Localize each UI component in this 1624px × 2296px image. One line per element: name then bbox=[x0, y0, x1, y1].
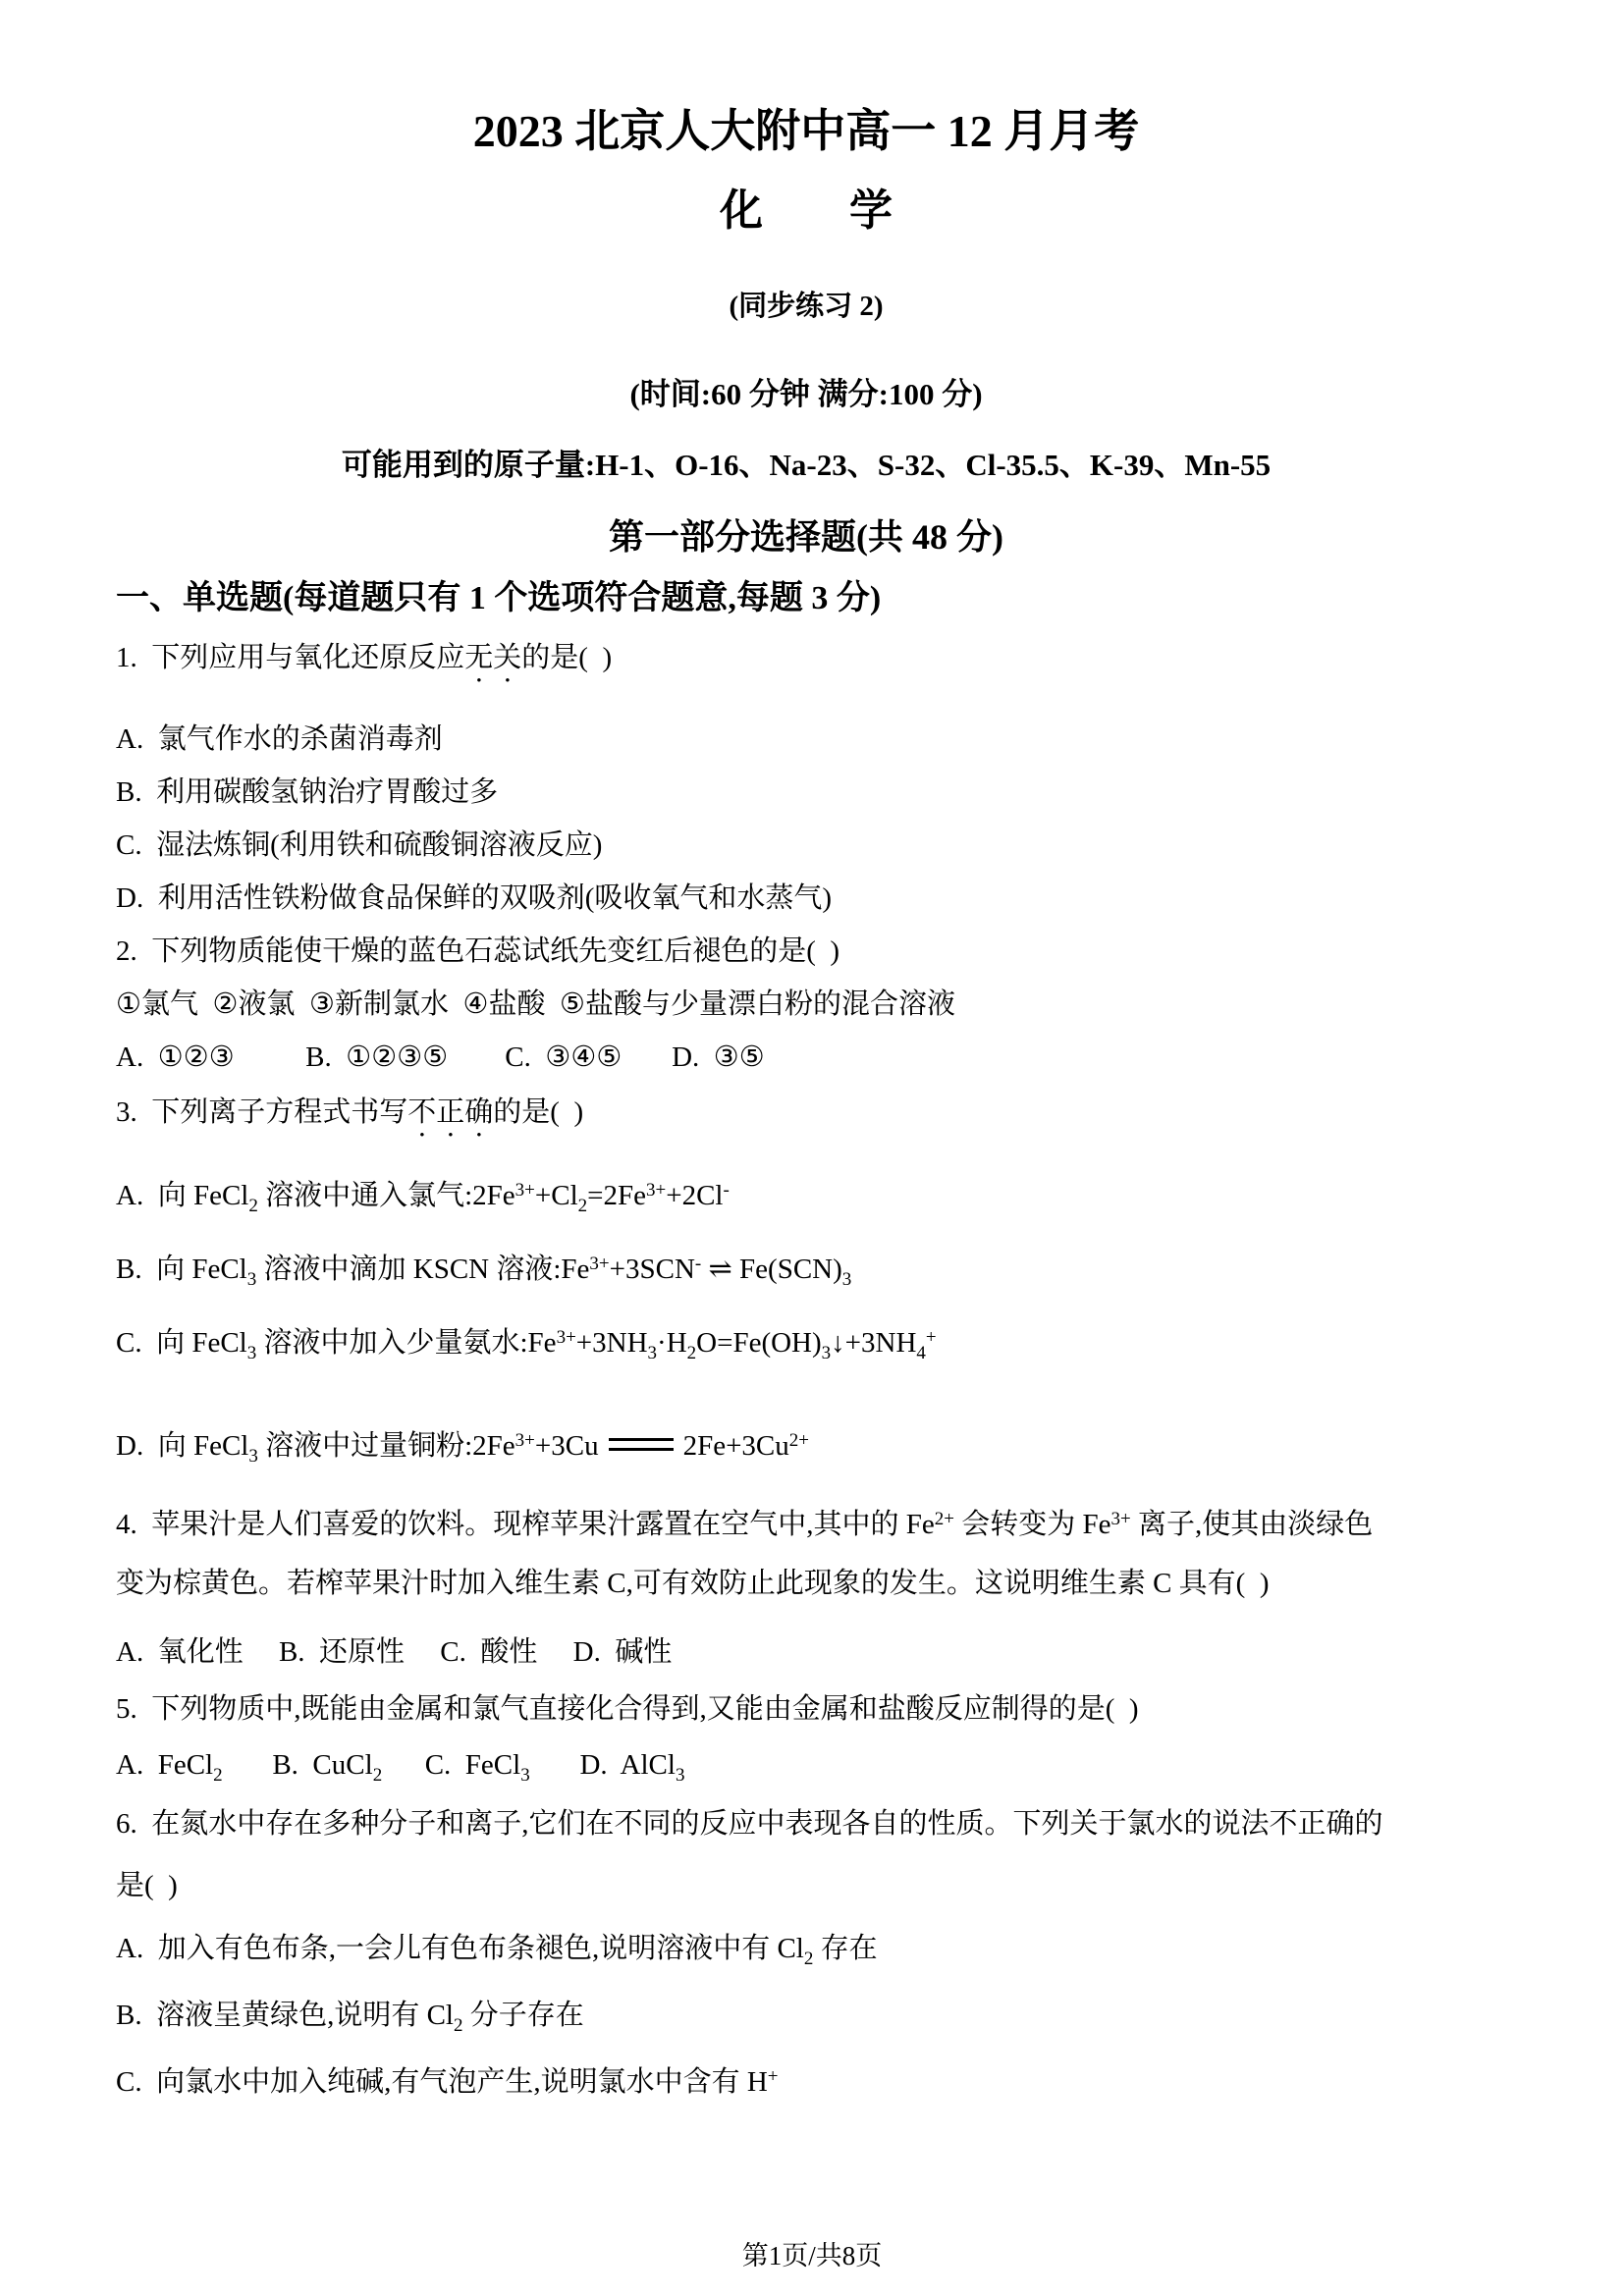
text-segment: C. FeCl bbox=[382, 1749, 520, 1781]
superscript: 3+ bbox=[1111, 1509, 1131, 1529]
subscript: 2 bbox=[454, 2015, 463, 2036]
subscript: 3 bbox=[676, 1765, 685, 1786]
question-6-option-c: C. 向氯水中加入纯碱,有气泡产生,说明氯水中含有 H+ bbox=[116, 2060, 1496, 2104]
text-segment: A. ①②③ B. ①②③⑤ C. ③④⑤ D. ③⑤ bbox=[116, 1041, 765, 1073]
question-2-items: ①氯气 ②液氯 ③新制氯水 ④盐酸 ⑤盐酸与少量漂白粉的混合溶液 bbox=[116, 983, 1496, 1026]
question-2-options: A. ①②③ B. ①②③⑤ C. ③④⑤ D. ③⑤ bbox=[116, 1036, 1496, 1079]
question-6-option-a: A. 加入有色布条,一会儿有色布条褪色,说明溶液中有 Cl2 存在 bbox=[116, 1927, 1496, 1970]
text-segment: +3SCN bbox=[610, 1254, 695, 1285]
subscript: 3 bbox=[842, 1269, 852, 1290]
question-4-line-1: 4. 苹果汁是人们喜爱的饮料。现榨苹果汁露置在空气中,其中的 Fe2+ 会转变为… bbox=[116, 1503, 1496, 1546]
text-segment: C. 湿法炼铜(利用铁和硫酸铜溶液反应) bbox=[116, 829, 602, 861]
text-segment: C. 向 FeCl bbox=[116, 1327, 247, 1359]
text-segment: ↓+3NH bbox=[831, 1327, 916, 1359]
subsection-heading: 一、单选题(每道题只有 1 个选项符合题意,每题 3 分) bbox=[116, 579, 1496, 618]
atomic-mass-line: 可能用到的原子量:H-1、O-16、Na-23、S-32、Cl-35.5、K-3… bbox=[116, 448, 1496, 483]
double-line-equals-icon bbox=[609, 1438, 674, 1451]
subscript: 2 bbox=[248, 1196, 258, 1216]
superscript: 2+ bbox=[789, 1430, 809, 1451]
text-segment: ⇌ Fe(SCN) bbox=[701, 1254, 842, 1285]
page-title: 2023 北京人大附中高一 12 月月考 bbox=[116, 106, 1496, 157]
text-segment: O=Fe(OH) bbox=[696, 1327, 822, 1359]
text-segment: 的是( ) bbox=[521, 642, 612, 673]
text-segment: +Cl bbox=[535, 1180, 578, 1211]
emphasized-text: 无关 bbox=[464, 642, 521, 673]
subscript: 2 bbox=[578, 1196, 588, 1216]
text-segment: B. 向 FeCl bbox=[116, 1254, 247, 1285]
question-1-option-d: D. 利用活性铁粉做食品保鲜的双吸剂(吸收氧气和水蒸气) bbox=[116, 877, 1496, 920]
subscript: 2 bbox=[213, 1765, 223, 1786]
atomic-mass-values: H-1、O-16、Na-23、S-32、Cl-35.5、K-39、Mn-55 bbox=[595, 448, 1271, 482]
text-segment: 变为棕黄色。若榨苹果汁时加入维生素 C,可有效防止此现象的发生。这说明维生素 C… bbox=[116, 1568, 1270, 1599]
superscript: 3+ bbox=[557, 1327, 576, 1348]
superscript: + bbox=[768, 2066, 779, 2087]
text-segment: B. 利用碳酸氢钠治疗胃酸过多 bbox=[116, 776, 498, 808]
text-segment: 6. 在氮水中存在多种分子和离子,它们在不同的反应中表现各自的性质。下列关于氯水… bbox=[116, 1808, 1383, 1840]
text-segment: D. 向 FeCl bbox=[116, 1430, 248, 1462]
text-segment: 的是( ) bbox=[493, 1096, 583, 1128]
question-1: 1. 下列应用与氧化还原反应无关的是( ) bbox=[116, 636, 1496, 689]
text-segment: 3. 下列离子方程式书写 bbox=[116, 1096, 407, 1128]
question-1-option-a: A. 氯气作水的杀菌消毒剂 bbox=[116, 718, 1496, 761]
page-footer: 第1页/共8页 bbox=[0, 2240, 1624, 2271]
text-segment: +3Cu bbox=[535, 1430, 599, 1462]
text-segment: 5. 下列物质中,既能由金属和氯气直接化合得到,又能由金属和盐酸反应制得的是( … bbox=[116, 1693, 1139, 1725]
text-segment: 离子,使其由淡绿色 bbox=[1131, 1509, 1374, 1540]
text-segment: A. FeCl bbox=[116, 1749, 213, 1781]
practice-note: (同步练习 2) bbox=[116, 290, 1496, 323]
question-1-option-b: B. 利用碳酸氢钠治疗胃酸过多 bbox=[116, 771, 1496, 814]
question-2: 2. 下列物质能使干燥的蓝色石蕊试纸先变红后褪色的是( ) bbox=[116, 930, 1496, 973]
subscript: 2 bbox=[373, 1765, 383, 1786]
emphasized-text: 不正确 bbox=[407, 1096, 493, 1128]
superscript: 3+ bbox=[589, 1254, 609, 1274]
question-3-option-c: C. 向 FeCl3 溶液中加入少量氨水:Fe3++3NH3·H2O=Fe(OH… bbox=[116, 1321, 1496, 1364]
superscript: + bbox=[926, 1327, 937, 1348]
subscript: 3 bbox=[822, 1343, 832, 1363]
text-segment: 存在 bbox=[813, 1933, 877, 1964]
subscript: 2 bbox=[687, 1343, 697, 1363]
question-4-options: A. 氧化性 B. 还原性 C. 酸性 D. 碱性 bbox=[116, 1630, 1496, 1674]
superscript: 3+ bbox=[515, 1180, 535, 1201]
text-segment: B. CuCl bbox=[223, 1749, 373, 1781]
text-segment: C. 向氯水中加入纯碱,有气泡产生,说明氯水中含有 H bbox=[116, 2066, 768, 2098]
superscript: 3+ bbox=[515, 1430, 535, 1451]
superscript: 3+ bbox=[646, 1180, 666, 1201]
question-1-option-c: C. 湿法炼铜(利用铁和硫酸铜溶液反应) bbox=[116, 824, 1496, 867]
text-segment: +2Cl bbox=[666, 1180, 723, 1211]
text-segment: 2. 下列物质能使干燥的蓝色石蕊试纸先变红后褪色的是( ) bbox=[116, 935, 839, 967]
question-4-line-2: 变为棕黄色。若榨苹果汁时加入维生素 C,可有效防止此现象的发生。这说明维生素 C… bbox=[116, 1562, 1496, 1605]
text-segment: 1. 下列应用与氧化还原反应 bbox=[116, 642, 464, 673]
subscript: 3 bbox=[248, 1446, 258, 1467]
text-segment: 是( ) bbox=[116, 1870, 178, 1901]
question-3-option-a: A. 向 FeCl2 溶液中通入氯气:2Fe3++Cl2=2Fe3++2Cl- bbox=[116, 1174, 1496, 1217]
subscript: 3 bbox=[520, 1765, 530, 1786]
question-6-line-1: 6. 在氮水中存在多种分子和离子,它们在不同的反应中表现各自的性质。下列关于氯水… bbox=[116, 1802, 1496, 1845]
superscript: - bbox=[723, 1180, 729, 1201]
subscript: 4 bbox=[916, 1343, 926, 1363]
text-segment: 4. 苹果汁是人们喜爱的饮料。现榨苹果汁露置在空气中,其中的 Fe bbox=[116, 1509, 935, 1540]
text-segment: +3NH bbox=[576, 1327, 648, 1359]
text-segment: =2Fe bbox=[587, 1180, 646, 1211]
subscript: 3 bbox=[247, 1269, 257, 1290]
subject-title: 化 学 bbox=[116, 187, 1496, 236]
text-segment: 溶液中通入氯气:2Fe bbox=[258, 1180, 515, 1211]
text-segment: 溶液中滴加 KSCN 溶液:Fe bbox=[256, 1254, 589, 1285]
question-6-line-2: 是( ) bbox=[116, 1864, 1496, 1907]
text-segment: D. AlCl bbox=[530, 1749, 676, 1781]
text-segment: A. 氧化性 B. 还原性 C. 酸性 D. 碱性 bbox=[116, 1636, 672, 1668]
text-segment: 分子存在 bbox=[463, 2000, 584, 2031]
text-segment: D. 利用活性铁粉做食品保鲜的双吸剂(吸收氧气和水蒸气) bbox=[116, 882, 832, 914]
text-segment: 溶液中加入少量氨水:Fe bbox=[256, 1327, 556, 1359]
question-3-option-b: B. 向 FeCl3 溶液中滴加 KSCN 溶液:Fe3++3SCN- ⇌ Fe… bbox=[116, 1248, 1496, 1291]
question-3-option-d: D. 向 FeCl3 溶液中过量铜粉:2Fe3++3Cu2Fe+3Cu2+ bbox=[116, 1424, 1496, 1468]
subscript: 2 bbox=[804, 1949, 814, 1969]
text-segment: B. 溶液呈黄绿色,说明有 Cl bbox=[116, 2000, 454, 2031]
text-segment: 2Fe+3Cu bbox=[683, 1430, 789, 1462]
text-segment: 会转变为 Fe bbox=[954, 1509, 1111, 1540]
question-5: 5. 下列物质中,既能由金属和氯气直接化合得到,又能由金属和盐酸反应制得的是( … bbox=[116, 1687, 1496, 1731]
text-segment: 溶液中过量铜粉:2Fe bbox=[258, 1430, 515, 1462]
text-segment: A. 氯气作水的杀菌消毒剂 bbox=[116, 723, 443, 755]
time-score-line: (时间:60 分钟 满分:100 分) bbox=[116, 377, 1496, 412]
question-5-options: A. FeCl2 B. CuCl2 C. FeCl3 D. AlCl3 bbox=[116, 1743, 1496, 1787]
question-3: 3. 下列离子方程式书写不正确的是( ) bbox=[116, 1091, 1496, 1144]
exam-page: 2023 北京人大附中高一 12 月月考 化 学 (同步练习 2) (时间:60… bbox=[0, 0, 1624, 2296]
text-segment: ·H bbox=[657, 1327, 687, 1359]
subscript: 3 bbox=[648, 1343, 658, 1363]
questions-area: 1. 下列应用与氧化还原反应无关的是( )A. 氯气作水的杀菌消毒剂B. 利用碳… bbox=[116, 636, 1496, 2104]
question-6-option-b: B. 溶液呈黄绿色,说明有 Cl2 分子存在 bbox=[116, 1994, 1496, 2037]
section-heading: 第一部分选择题(共 48 分) bbox=[116, 516, 1496, 558]
text-segment: A. 向 FeCl bbox=[116, 1180, 248, 1211]
text-segment: A. 加入有色布条,一会儿有色布条褪色,说明溶液中有 Cl bbox=[116, 1933, 804, 1964]
subscript: 3 bbox=[247, 1343, 257, 1363]
superscript: 2+ bbox=[935, 1509, 954, 1529]
atomic-mass-label: 可能用到的原子量: bbox=[342, 448, 595, 482]
text-segment: ①氯气 ②液氯 ③新制氯水 ④盐酸 ⑤盐酸与少量漂白粉的混合溶液 bbox=[116, 988, 955, 1020]
